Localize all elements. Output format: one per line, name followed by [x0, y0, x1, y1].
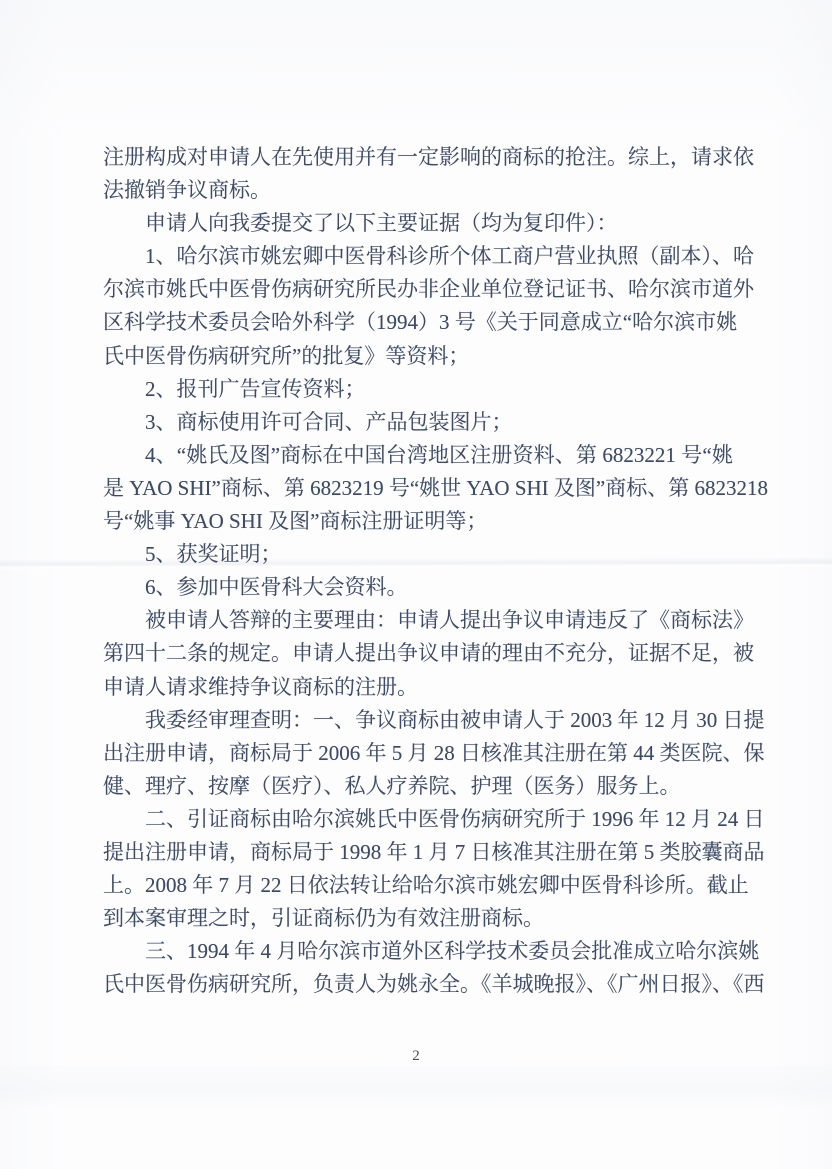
document-body-text: 注册构成对申请人在先使用并有一定影响的商标的抢注。综上，请求依法撤销争议商标。申…	[103, 141, 733, 1001]
text-line: 号“姚事 YAO SHI 及图”商标注册证明等；	[103, 505, 733, 538]
text-line: 第四十二条的规定。申请人提出争议申请的理由不充分，证据不足，被	[103, 637, 733, 670]
text-line: 是 YAO SHI”商标、第 6823219 号“姚世 YAO SHI 及图”商…	[103, 472, 733, 505]
text-line: 被申请人答辩的主要理由：申请人提出争议申请违反了《商标法》	[103, 604, 733, 637]
text-line: 氏中医骨伤病研究所”的批复》等资料；	[103, 340, 733, 373]
text-line: 6、参加中医骨科大会资料。	[103, 571, 733, 604]
text-line: 三、1994 年 4 月哈尔滨市道外区科学技术委员会批准成立哈尔滨姚	[103, 935, 733, 968]
text-line: 尔滨市姚氏中医骨伤病研究所民办非企业单位登记证书、哈尔滨市道外	[103, 273, 733, 306]
text-line: 注册构成对申请人在先使用并有一定影响的商标的抢注。综上，请求依	[103, 141, 733, 174]
text-line: 我委经审理查明：一、争议商标由被申请人于 2003 年 12 月 30 日提	[103, 704, 733, 737]
text-line: 二、引证商标由哈尔滨姚氏中医骨伤病研究所于 1996 年 12 月 24 日	[103, 803, 733, 836]
text-line: 申请人向我委提交了以下主要证据（均为复印件）：	[103, 207, 733, 240]
document-page: 注册构成对申请人在先使用并有一定影响的商标的抢注。综上，请求依法撤销争议商标。申…	[0, 0, 832, 1169]
text-line: 氏中医骨伤病研究所，负责人为姚永全。《羊城晚报》、《广州日报》、《西	[103, 968, 733, 1001]
text-line: 区科学技术委员会哈外科学（1994）3 号《关于同意成立“哈尔滨市姚	[103, 306, 733, 339]
text-line: 上。2008 年 7 月 22 日依法转让给哈尔滨市姚宏卿中医骨科诊所。截止	[103, 869, 733, 902]
text-line: 到本案审理之时，引证商标仍为有效注册商标。	[103, 902, 733, 935]
text-line: 出注册申请，商标局于 2006 年 5 月 28 日核准其注册在第 44 类医院…	[103, 737, 733, 770]
text-line: 法撤销争议商标。	[103, 174, 733, 207]
text-line: 申请人请求维持争议商标的注册。	[103, 671, 733, 704]
text-line: 5、获奖证明；	[103, 538, 733, 571]
page-number: 2	[0, 1046, 832, 1066]
text-line: 2、报刊广告宣传资料；	[103, 373, 733, 406]
text-line: 4、“姚氏及图”商标在中国台湾地区注册资料、第 6823221 号“姚	[103, 439, 733, 472]
scan-shading	[0, 1066, 832, 1110]
text-line: 健、理疗、按摩（医疗）、私人疗养院、护理（医务）服务上。	[103, 770, 733, 803]
text-line: 提出注册申请，商标局于 1998 年 1 月 7 日核准其注册在第 5 类胶囊商…	[103, 836, 733, 869]
text-line: 1、哈尔滨市姚宏卿中医骨科诊所个体工商户营业执照（副本）、哈	[103, 240, 733, 273]
text-line: 3、商标使用许可合同、产品包装图片；	[103, 406, 733, 439]
